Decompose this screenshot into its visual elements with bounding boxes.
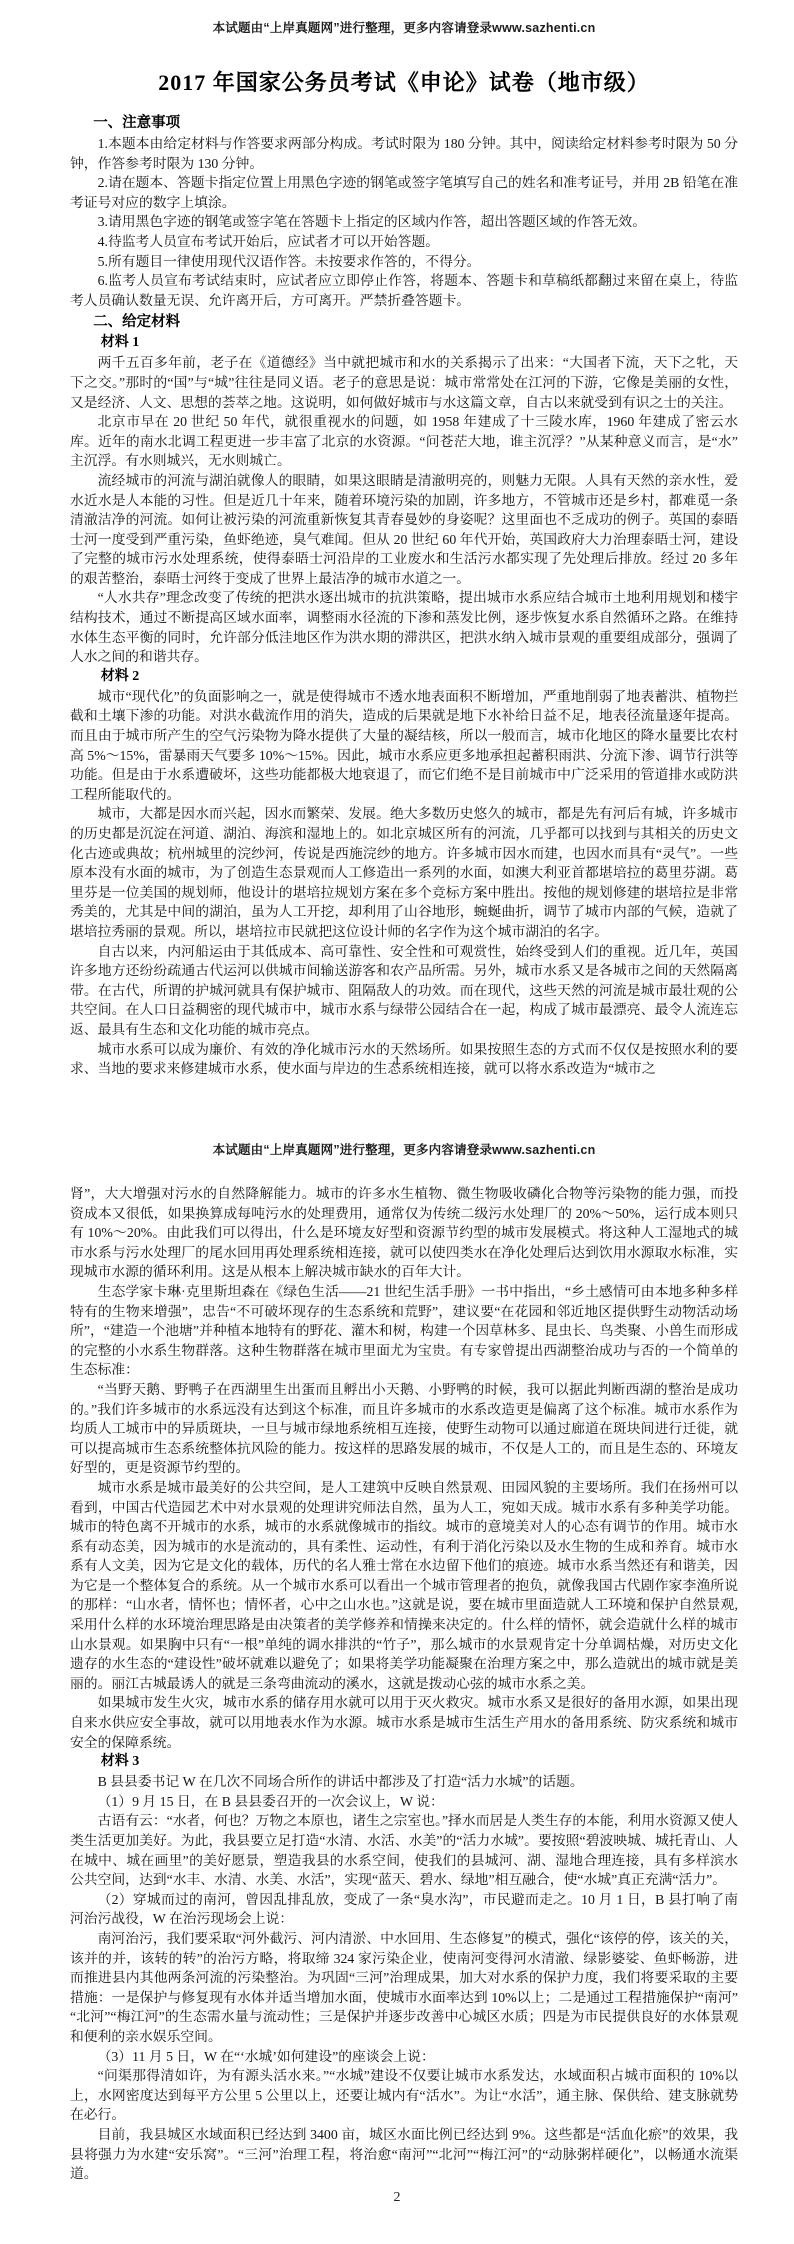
page-2-body: 肾”，大大增强对污水的自然降解能力。城市的许多水生植物、微生物吸收磷化合物等污染… bbox=[70, 1184, 738, 2184]
material-1-paragraph: 两千五百多年前，老子在《道德经》当中就把城市和水的关系揭示了出来：“大国者下流，… bbox=[70, 353, 738, 412]
material-2-paragraph: 自古以来，内河船运由于其低成本、高可靠性、安全性和可观赏性，始终受到人们的重视。… bbox=[70, 942, 738, 1040]
material-2-paragraph: 城市“现代化”的负面影响之一，就是使得城市不透水地表面积不断增加，严重地削弱了地… bbox=[70, 687, 738, 805]
material-3-paragraph: B 县县委书记 W 在几次不同场合所作的讲话中都涉及了打造“活力水城”的话题。 bbox=[70, 1772, 738, 1792]
material-3-paragraph: （3）11 月 5 日，W 在“‘水城’如何建设”的座谈会上说： bbox=[70, 2047, 738, 2067]
page-number-2: 2 bbox=[0, 2190, 794, 2206]
material-3-paragraph: 目前，我县城区水域面积已经达到 3400 亩，城区水面比例已经达到 9%。这些都… bbox=[70, 2125, 738, 2184]
attention-item-5: 5.所有题目一律使用现代汉语作答。未按要求作答的，不得分。 bbox=[70, 252, 738, 272]
material-1-paragraph: 流经城市的河流与湖泊就像人的眼睛，如果这眼睛是清澈明亮的，则魅力无限。人具有天然… bbox=[70, 471, 738, 589]
page-title: 2017 年国家公务员考试《申论》试卷（地市级） bbox=[70, 66, 738, 97]
material-2-paragraph: 如果城市发生火灾，城市水系的储存用水就可以用于灭火救灾。城市水系又是很好的备用水… bbox=[70, 1693, 738, 1752]
material-3-paragraph: （1）9 月 15 日，在 B 县县委召开的一次会议上，W 说： bbox=[70, 1792, 738, 1812]
material-3-paragraph: （2）穿城而过的南河，曾因乱排乱放，变成了一条“臭水沟”，市民避而走之。10 月… bbox=[70, 1890, 738, 1929]
attention-item-1: 1.本题本由给定材料与作答要求两部分构成。考试时限为 180 分钟。其中，阅读给… bbox=[70, 134, 738, 173]
material-3-heading: 材料 3 bbox=[70, 1752, 738, 1772]
attention-item-2: 2.请在题本、答题卡指定位置上用黑色字迹的钢笔或签字笔填写自己的姓名和准考证号，… bbox=[70, 173, 738, 212]
section-attention-heading: 一、注意事项 bbox=[70, 113, 738, 134]
attention-item-4: 4.待监考人员宣布考试开始后，应试者才可以开始答题。 bbox=[70, 232, 738, 252]
section-materials-heading: 二、给定材料 bbox=[70, 312, 738, 333]
material-2-paragraph: 城市水系是城市最美好的公共空间，是人工建筑中反映自然景观、田园风貌的主要场所。我… bbox=[70, 1478, 738, 1694]
material-3-paragraph: 南河治污，我们要采取“河外截污、河内清淤、中水回用、生态修复”的模式，强化“该停… bbox=[70, 1929, 738, 2047]
attention-item-6: 6.监考人员宣布考试结束时，应试者应立即停止作答，将题本、答题卡和草稿纸都翻过来… bbox=[70, 271, 738, 310]
page-2: 本试题由“上岸真题网”进行整理，更多内容请登录www.sazhenti.cn 肾… bbox=[0, 1122, 794, 2244]
attention-item-3: 3.请用黑色字迹的钢笔或签字笔在答题卡上指定的区域内作答，超出答题区域的作答无效… bbox=[70, 212, 738, 232]
material-2-paragraph: 生态学家卡琳·克里斯坦森在《绿色生活——21 世纪生活手册》一书中指出，“乡土感… bbox=[70, 1282, 738, 1380]
exam-paper-document: 本试题由“上岸真题网”进行整理，更多内容请登录www.sazhenti.cn 2… bbox=[0, 0, 794, 2244]
page-number-1: 1 bbox=[0, 1054, 794, 1070]
material-3-paragraph: 古语有云：“水者，何也？万物之本原也，诸生之宗室也。”择水而居是人类生存的本能，… bbox=[70, 1811, 738, 1889]
material-1-heading: 材料 1 bbox=[70, 333, 738, 353]
material-1-paragraph: “人水共存”理念改变了传统的把洪水逐出城市的抗洪策略，提出城市水系应结合城市土地… bbox=[70, 588, 738, 666]
material-3-paragraph: “问渠那得清如许，为有源头活水来。”“水城”建设不仅要让城市水系发达，水域面积占… bbox=[70, 2066, 738, 2125]
material-2-paragraph: “当野天鹅、野鸭子在西湖里生出蛋而且孵出小天鹅、小野鸭的时候，我可以据此判断西湖… bbox=[70, 1380, 738, 1478]
material-2-paragraph-continued: 肾”，大大增强对污水的自然降解能力。城市的许多水生植物、微生物吸收磷化合物等污染… bbox=[70, 1184, 738, 1282]
material-2-heading: 材料 2 bbox=[70, 667, 738, 687]
site-notice-header: 本试题由“上岸真题网”进行整理，更多内容请登录www.sazhenti.cn bbox=[70, 0, 738, 36]
material-1-paragraph: 北京市早在 20 世纪 50 年代，就很重视水的问题，如 1958 年建成了十三… bbox=[70, 412, 738, 471]
site-notice-header: 本试题由“上岸真题网”进行整理，更多内容请登录www.sazhenti.cn bbox=[70, 1122, 738, 1158]
page-1: 本试题由“上岸真题网”进行整理，更多内容请登录www.sazhenti.cn 2… bbox=[0, 0, 794, 1122]
material-2-paragraph: 城市，大都是因水而兴起，因水而繁荣、发展。绝大多数历史悠久的城市，都是先有河后有… bbox=[70, 804, 738, 941]
